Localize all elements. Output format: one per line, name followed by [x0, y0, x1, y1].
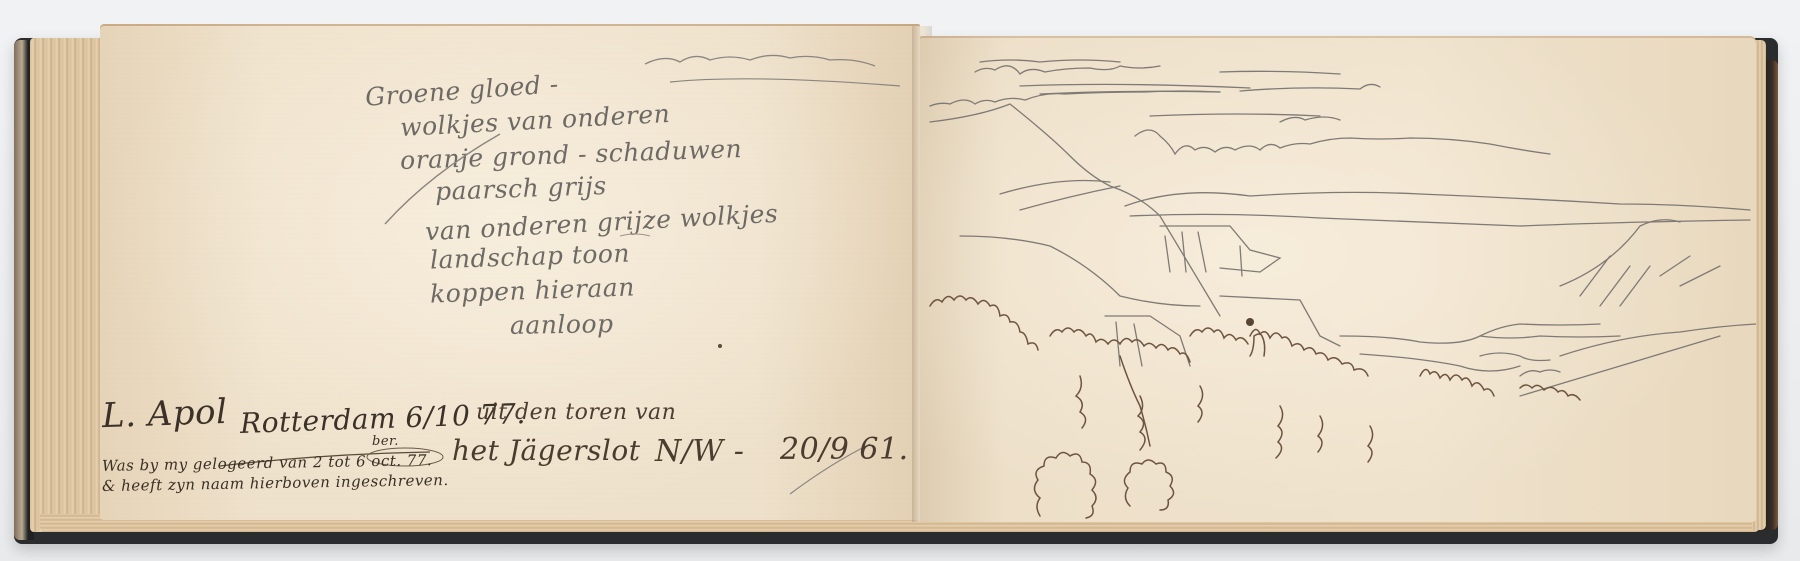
- landscape-sketch: [920, 36, 1756, 522]
- photo-scene: Groene gloed - wolkjes van onderen oranj…: [0, 0, 1800, 561]
- caption-line-2: het Jägerslot: [452, 434, 641, 467]
- cover-edge-right: [1764, 60, 1778, 530]
- left-page: Groene gloed - wolkjes van onderen oranj…: [100, 24, 920, 520]
- right-page: [920, 36, 1756, 522]
- caption-date: 20/9 61.: [780, 432, 909, 467]
- caption-line-1: uit den toren van: [476, 400, 676, 425]
- signature-name: L. Apol: [101, 392, 228, 436]
- signature-superscript: ber.: [372, 434, 399, 449]
- page-edges-left: [30, 38, 110, 532]
- caption-initials: N/W -: [655, 434, 744, 469]
